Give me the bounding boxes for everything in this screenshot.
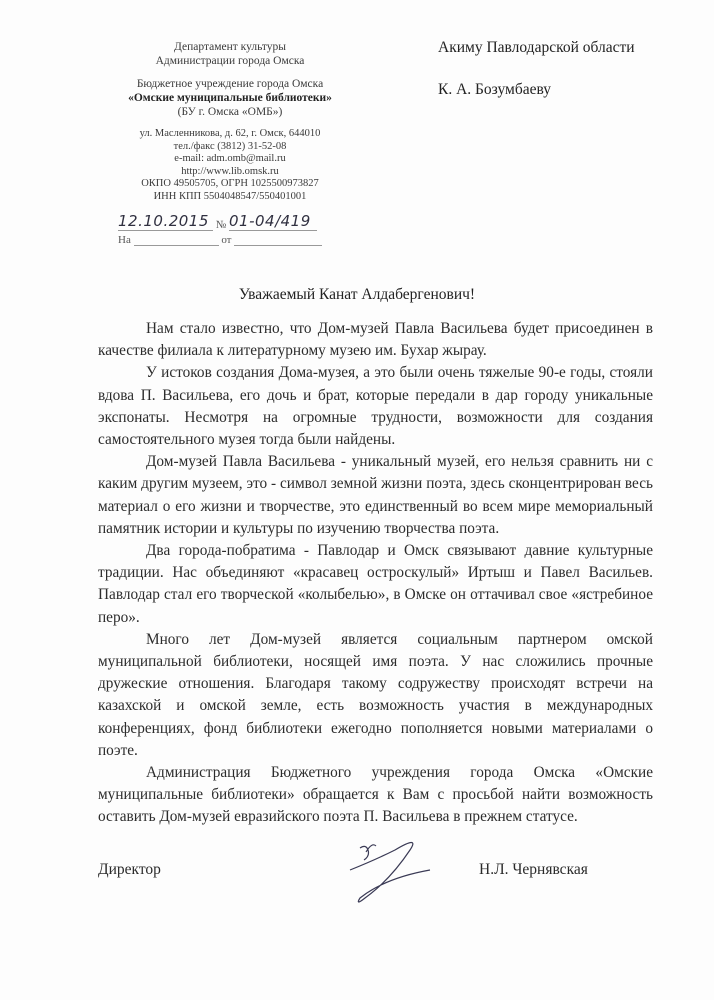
- paragraph: Дом-музей Павла Васильева - уникальный м…: [98, 451, 653, 540]
- signatory-name: Н.Л. Чернявская: [479, 861, 588, 879]
- email: e-mail: adm.omb@mail.ru: [105, 153, 355, 166]
- institution-short-name: (БУ г. Омска «ОМБ»): [105, 105, 355, 119]
- number-label: №: [216, 219, 227, 231]
- salutation: Уважаемый Канат Алдабергенович!: [0, 286, 714, 304]
- letter-page: Департамент культуры Администрации город…: [0, 0, 714, 1000]
- addressee-name: К. А. Бозумбаеву: [438, 80, 635, 100]
- registration-date: 12.10.2015: [118, 212, 209, 230]
- addressee: Акиму Павлодарской области К. А. Бозумба…: [438, 38, 635, 100]
- institution-type: Бюджетное учреждение города Омска: [105, 77, 355, 91]
- paragraph: У истоков создания Дома-музея, а это был…: [98, 362, 653, 451]
- paragraph: Нам стало известно, что Дом-музей Павла …: [98, 318, 653, 362]
- letterhead: Департамент культуры Администрации город…: [105, 40, 355, 204]
- okpo-ogrn: ОКПО 49505705, ОГРН 1025500973827: [105, 178, 355, 191]
- inn-kpp: ИНН КПП 5504048547/550401001: [105, 191, 355, 204]
- paragraph: Много лет Дом-музей является социальным …: [98, 629, 653, 762]
- letter-body: Нам стало известно, что Дом-музей Павла …: [98, 318, 653, 829]
- handwritten-signature-icon: [330, 830, 460, 910]
- institution-name: «Омские муниципальные библиотеки»: [105, 91, 355, 105]
- signatory-title: Директор: [98, 861, 161, 879]
- phone: тел./факс (3812) 31-52-08: [105, 141, 355, 154]
- reply-line: На от: [118, 234, 328, 246]
- department-name: Департамент культуры: [105, 40, 355, 54]
- paragraph: Администрация Бюджетного учреждения горо…: [98, 762, 653, 829]
- reply-to-label: На: [118, 234, 131, 246]
- paragraph: Два города-побратима - Павлодар и Омск с…: [98, 540, 653, 629]
- website: http://www.lib.omsk.ru: [105, 166, 355, 179]
- administration-name: Администрации города Омска: [105, 54, 355, 68]
- from-label: от: [221, 234, 231, 246]
- registration-number: 01-04/419: [229, 212, 311, 230]
- address: ул. Масленникова, д. 62, г. Омск, 644010: [105, 128, 355, 141]
- registration-line: 12.10.2015 № 01-04/419: [118, 212, 328, 231]
- addressee-title: Акиму Павлодарской области: [438, 38, 635, 58]
